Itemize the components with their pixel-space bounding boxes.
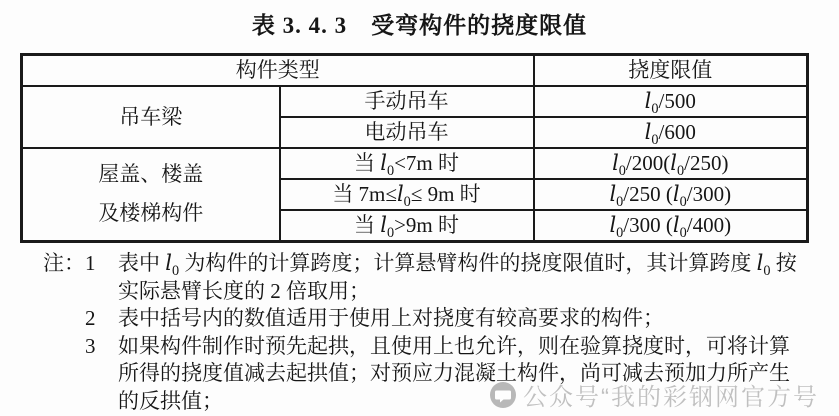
limit-cell: l0/500: [534, 86, 808, 117]
condition-cell: 当 7m≤l0≤ 9m 时: [280, 179, 534, 210]
note-number: 3: [85, 333, 118, 361]
limit-cell: l0/600: [534, 117, 808, 148]
document-page: 表 3. 4. 3受弯构件的挠度限值 构件类型 挠度限值 吊车梁 手动吊车 l0…: [0, 0, 839, 416]
condition-cell: 电动吊车: [280, 117, 534, 148]
limit-cell: l0/250 (l0/300): [534, 179, 808, 210]
table-number: 表 3. 4. 3: [252, 13, 347, 38]
notes-label: 注：: [43, 250, 85, 278]
table-title: 表 3. 4. 3受弯构件的挠度限值: [0, 7, 839, 40]
table-title-text: 受弯构件的挠度限值: [371, 13, 587, 38]
header-deflection-limit: 挠度限值: [534, 55, 808, 87]
member-group-label: 屋盖、楼盖 及楼梯构件: [98, 155, 203, 233]
condition-cell: 当 l0>9m 时: [280, 210, 534, 242]
table-row: 屋盖、楼盖 及楼梯构件 当 l0<7m 时 l0/200(l0/250): [22, 148, 808, 179]
member-group-label: 吊车梁: [119, 105, 182, 129]
note-number: 1: [85, 250, 118, 278]
wechat-bubble-icon: [490, 382, 516, 408]
watermark-text: 公众号“我的彩钢网官方号: [523, 377, 819, 412]
header-member-type: 构件类型: [22, 55, 534, 87]
member-group-roof-floor-stairs: 屋盖、楼盖 及楼梯构件: [22, 148, 280, 242]
member-group-crane-beam: 吊车梁: [22, 86, 280, 148]
note-text: 表中括号内的数值适用于使用上对挠度有较高要求的构件；: [118, 305, 818, 333]
limit-cell: l0/200(l0/250): [534, 148, 808, 179]
note-item-1: 注： 1 表中 l0 为构件的计算跨度；计算悬臂构件的挠度限值时，其计算跨度 l…: [43, 250, 818, 305]
watermark: 公众号“我的彩钢网官方号: [490, 377, 819, 412]
condition-cell: 当 l0<7m 时: [280, 148, 534, 179]
note-item-2: 2 表中括号内的数值适用于使用上对挠度有较高要求的构件；: [43, 305, 818, 333]
table-header-row: 构件类型 挠度限值: [22, 55, 808, 87]
table-row: 吊车梁 手动吊车 l0/500: [22, 86, 808, 117]
note-number: 2: [85, 305, 118, 333]
limit-cell: l0/300 (l0/400): [534, 210, 808, 242]
note-text: 表中 l0 为构件的计算跨度；计算悬臂构件的挠度限值时，其计算跨度 l0 按 实…: [118, 250, 818, 305]
condition-cell: 手动吊车: [280, 86, 534, 117]
deflection-limits-table: 构件类型 挠度限值 吊车梁 手动吊车 l0/500 电动吊车 l0/600 屋盖…: [20, 53, 809, 243]
